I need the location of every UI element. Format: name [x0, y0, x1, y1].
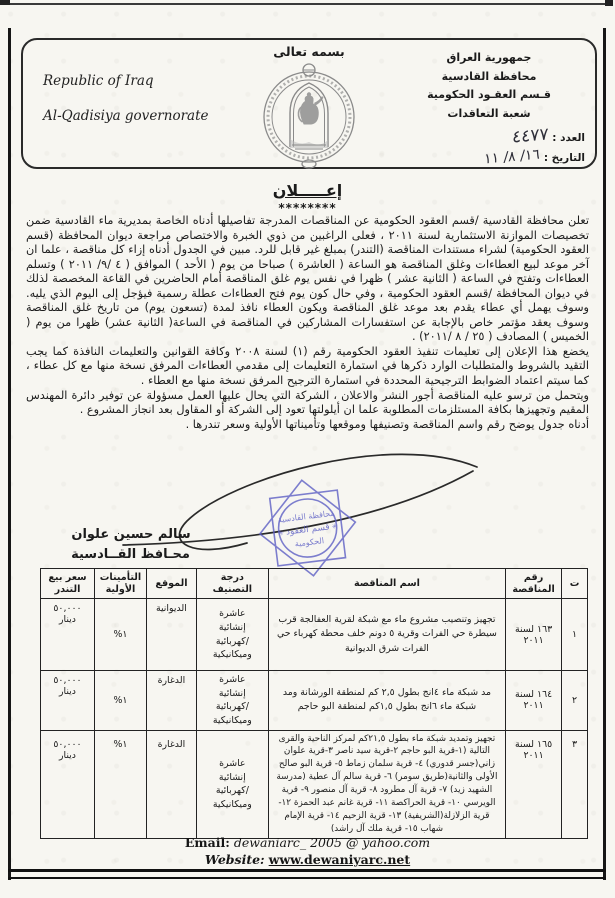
body-paragraph-3: ويتحمل من ترسو عليه المناقصة أجور النشر … — [26, 389, 589, 418]
document-date-label: التاريخ : — [544, 152, 585, 164]
letterhead-english-block: Republic of Iraq Al-Qadisiya governorate — [43, 64, 209, 134]
cell-classification: عاشرة إنشائية /كهربائية وميكانيكية — [196, 730, 268, 838]
cell-location: الدغارة — [146, 671, 196, 731]
table-row: ٢ ١٦٤ لسنة ٢٠١١ مد شبكة ماء ٤انج بطول ٢,… — [41, 671, 588, 731]
email-row: Email: dewaniarc_ 2005 @ yahoo.com — [0, 835, 615, 852]
body-paragraph-2: يخضع هذا الإعلان إلى تعليمات تنفيذ العقو… — [26, 345, 589, 389]
cell-no: ١ — [562, 599, 588, 671]
cell-tender-no: ١٦٥ لسنة ٢٠١١ — [506, 730, 562, 838]
org-line-governorate: محافظة القادسية — [399, 68, 579, 87]
cell-classification: عاشرة إنشائية /كهربائية وميكانيكية — [196, 671, 268, 731]
document-number-value: ٤٤٧٧ — [512, 124, 549, 147]
english-line-governorate: Al-Qadisiya governorate — [43, 99, 209, 134]
cell-deposit: ١% — [94, 730, 146, 838]
col-header-price: سعر بيع التندر — [41, 569, 95, 599]
stamp-text-line2: قسم العقود — [285, 522, 330, 537]
cell-price: ٥٠,٠٠٠ دينار — [41, 730, 95, 838]
email-value: dewaniarc_ 2005 @ yahoo.com — [234, 835, 430, 850]
cell-tender-name: تجهيز وتنصيب مشروع ماء مع شبكة لقرية الع… — [268, 599, 505, 671]
stamp-text-line3: الحكومية — [294, 536, 324, 549]
page-border-right — [603, 28, 606, 880]
col-header-location: الموقع — [146, 569, 196, 599]
announcement-title: إعـــــلان — [0, 181, 615, 200]
contact-footer: Email: dewaniarc_ 2005 @ yahoo.com Websi… — [0, 835, 615, 869]
col-header-tender-no: رقم المناقصة — [506, 569, 562, 599]
body-paragraph-1: تعلن محافظة القادسية /قسم العقود الحكومي… — [26, 214, 589, 345]
letterhead-arabic-block: جمهورية العراق محافظة القادسية قـسم العق… — [399, 49, 579, 124]
english-line-country: Republic of Iraq — [43, 64, 209, 99]
table-row: ١ ١٦٣ لسنة ٢٠١١ تجهيز وتنصيب مشروع ماء م… — [41, 599, 588, 671]
cell-location: الدغارة — [146, 730, 196, 838]
cell-classification: عاشرة إنشائية /كهربائية وميكانيكية — [196, 599, 268, 671]
table-row: ٣ ١٦٥ لسنة ٢٠١١ تجهيز وتمديد شبكة ماء بط… — [41, 730, 588, 838]
document-date-value: ١٦/ ٨/ ١١ — [484, 147, 540, 168]
body-paragraph-4: أدناه جدول يوضح رقم واسم المناقصة وتصنيف… — [26, 418, 589, 433]
cell-deposit: ١% — [94, 671, 146, 731]
scanned-document-page: جمهورية العراق محافظة القادسية قـسم العق… — [0, 0, 615, 898]
svg-text:✳: ✳ — [331, 522, 338, 531]
email-label: Email: — [185, 835, 230, 850]
website-row: Website: www.dewaniyarc.net — [0, 852, 615, 869]
signer-title: محـافظ القــادسية — [38, 547, 223, 562]
svg-text:✳: ✳ — [278, 529, 285, 538]
cell-tender-name: مد شبكة ماء ٤انج بطول ٢,٥ كم لمنطقة الور… — [268, 671, 505, 731]
scan-corner-mark — [0, 0, 10, 5]
cell-deposit: ١% — [94, 599, 146, 671]
org-line-department: قـسم العقـود الحكومية — [399, 86, 579, 105]
cell-no: ٣ — [562, 730, 588, 838]
page-border-left — [8, 28, 11, 880]
scan-corner-mark — [605, 0, 613, 6]
cell-no: ٢ — [562, 671, 588, 731]
scan-edge-line — [6, 3, 609, 5]
governorate-seal-icon — [257, 61, 361, 173]
document-number-row: العدد : ٤٤٧٧ — [395, 126, 585, 146]
document-date-row: التاريخ : ١٦/ ٨/ ١١ — [395, 149, 585, 165]
bottom-rule — [8, 877, 606, 879]
website-label: Website: — [205, 852, 265, 867]
letterhead-box: جمهورية العراق محافظة القادسية قـسم العق… — [21, 38, 597, 169]
bottom-rule — [8, 869, 606, 872]
document-number-label: العدد : — [552, 132, 585, 144]
cell-price: ٥٠,٠٠٠ دينار — [41, 599, 95, 671]
title-stars: ******** — [0, 201, 615, 215]
cell-price: ٥٠,٠٠٠ دينار — [41, 671, 95, 731]
org-line-country: جمهورية العراق — [399, 49, 579, 68]
announcement-body: تعلن محافظة القادسية /قسم العقود الحكومي… — [26, 214, 589, 432]
cell-tender-no: ١٦٣ لسنة ٢٠١١ — [506, 599, 562, 671]
signer-name: سالم حسين علوان — [46, 527, 216, 542]
org-line-division: شعبة التعاقدات — [399, 105, 579, 124]
col-header-classification: درجة التصنيف — [196, 569, 268, 599]
col-header-no: ت — [562, 569, 588, 599]
col-header-deposit: التأمينات الأولية — [94, 569, 146, 599]
cell-tender-name: تجهيز وتمديد شبكة ماء بطول ٢١,٥كم لمركز … — [268, 730, 505, 838]
tenders-table: ت رقم المناقصة اسم المناقصة درجة التصنيف… — [40, 568, 588, 839]
col-header-name: اسم المناقصة — [268, 569, 505, 599]
cell-location: الديوانية — [146, 599, 196, 671]
website-value: www.dewaniyarc.net — [269, 852, 411, 867]
basmala-text: بسمه تعالى — [273, 44, 345, 59]
cell-tender-no: ١٦٤ لسنة ٢٠١١ — [506, 671, 562, 731]
table-header-row: ت رقم المناقصة اسم المناقصة درجة التصنيف… — [41, 569, 588, 599]
